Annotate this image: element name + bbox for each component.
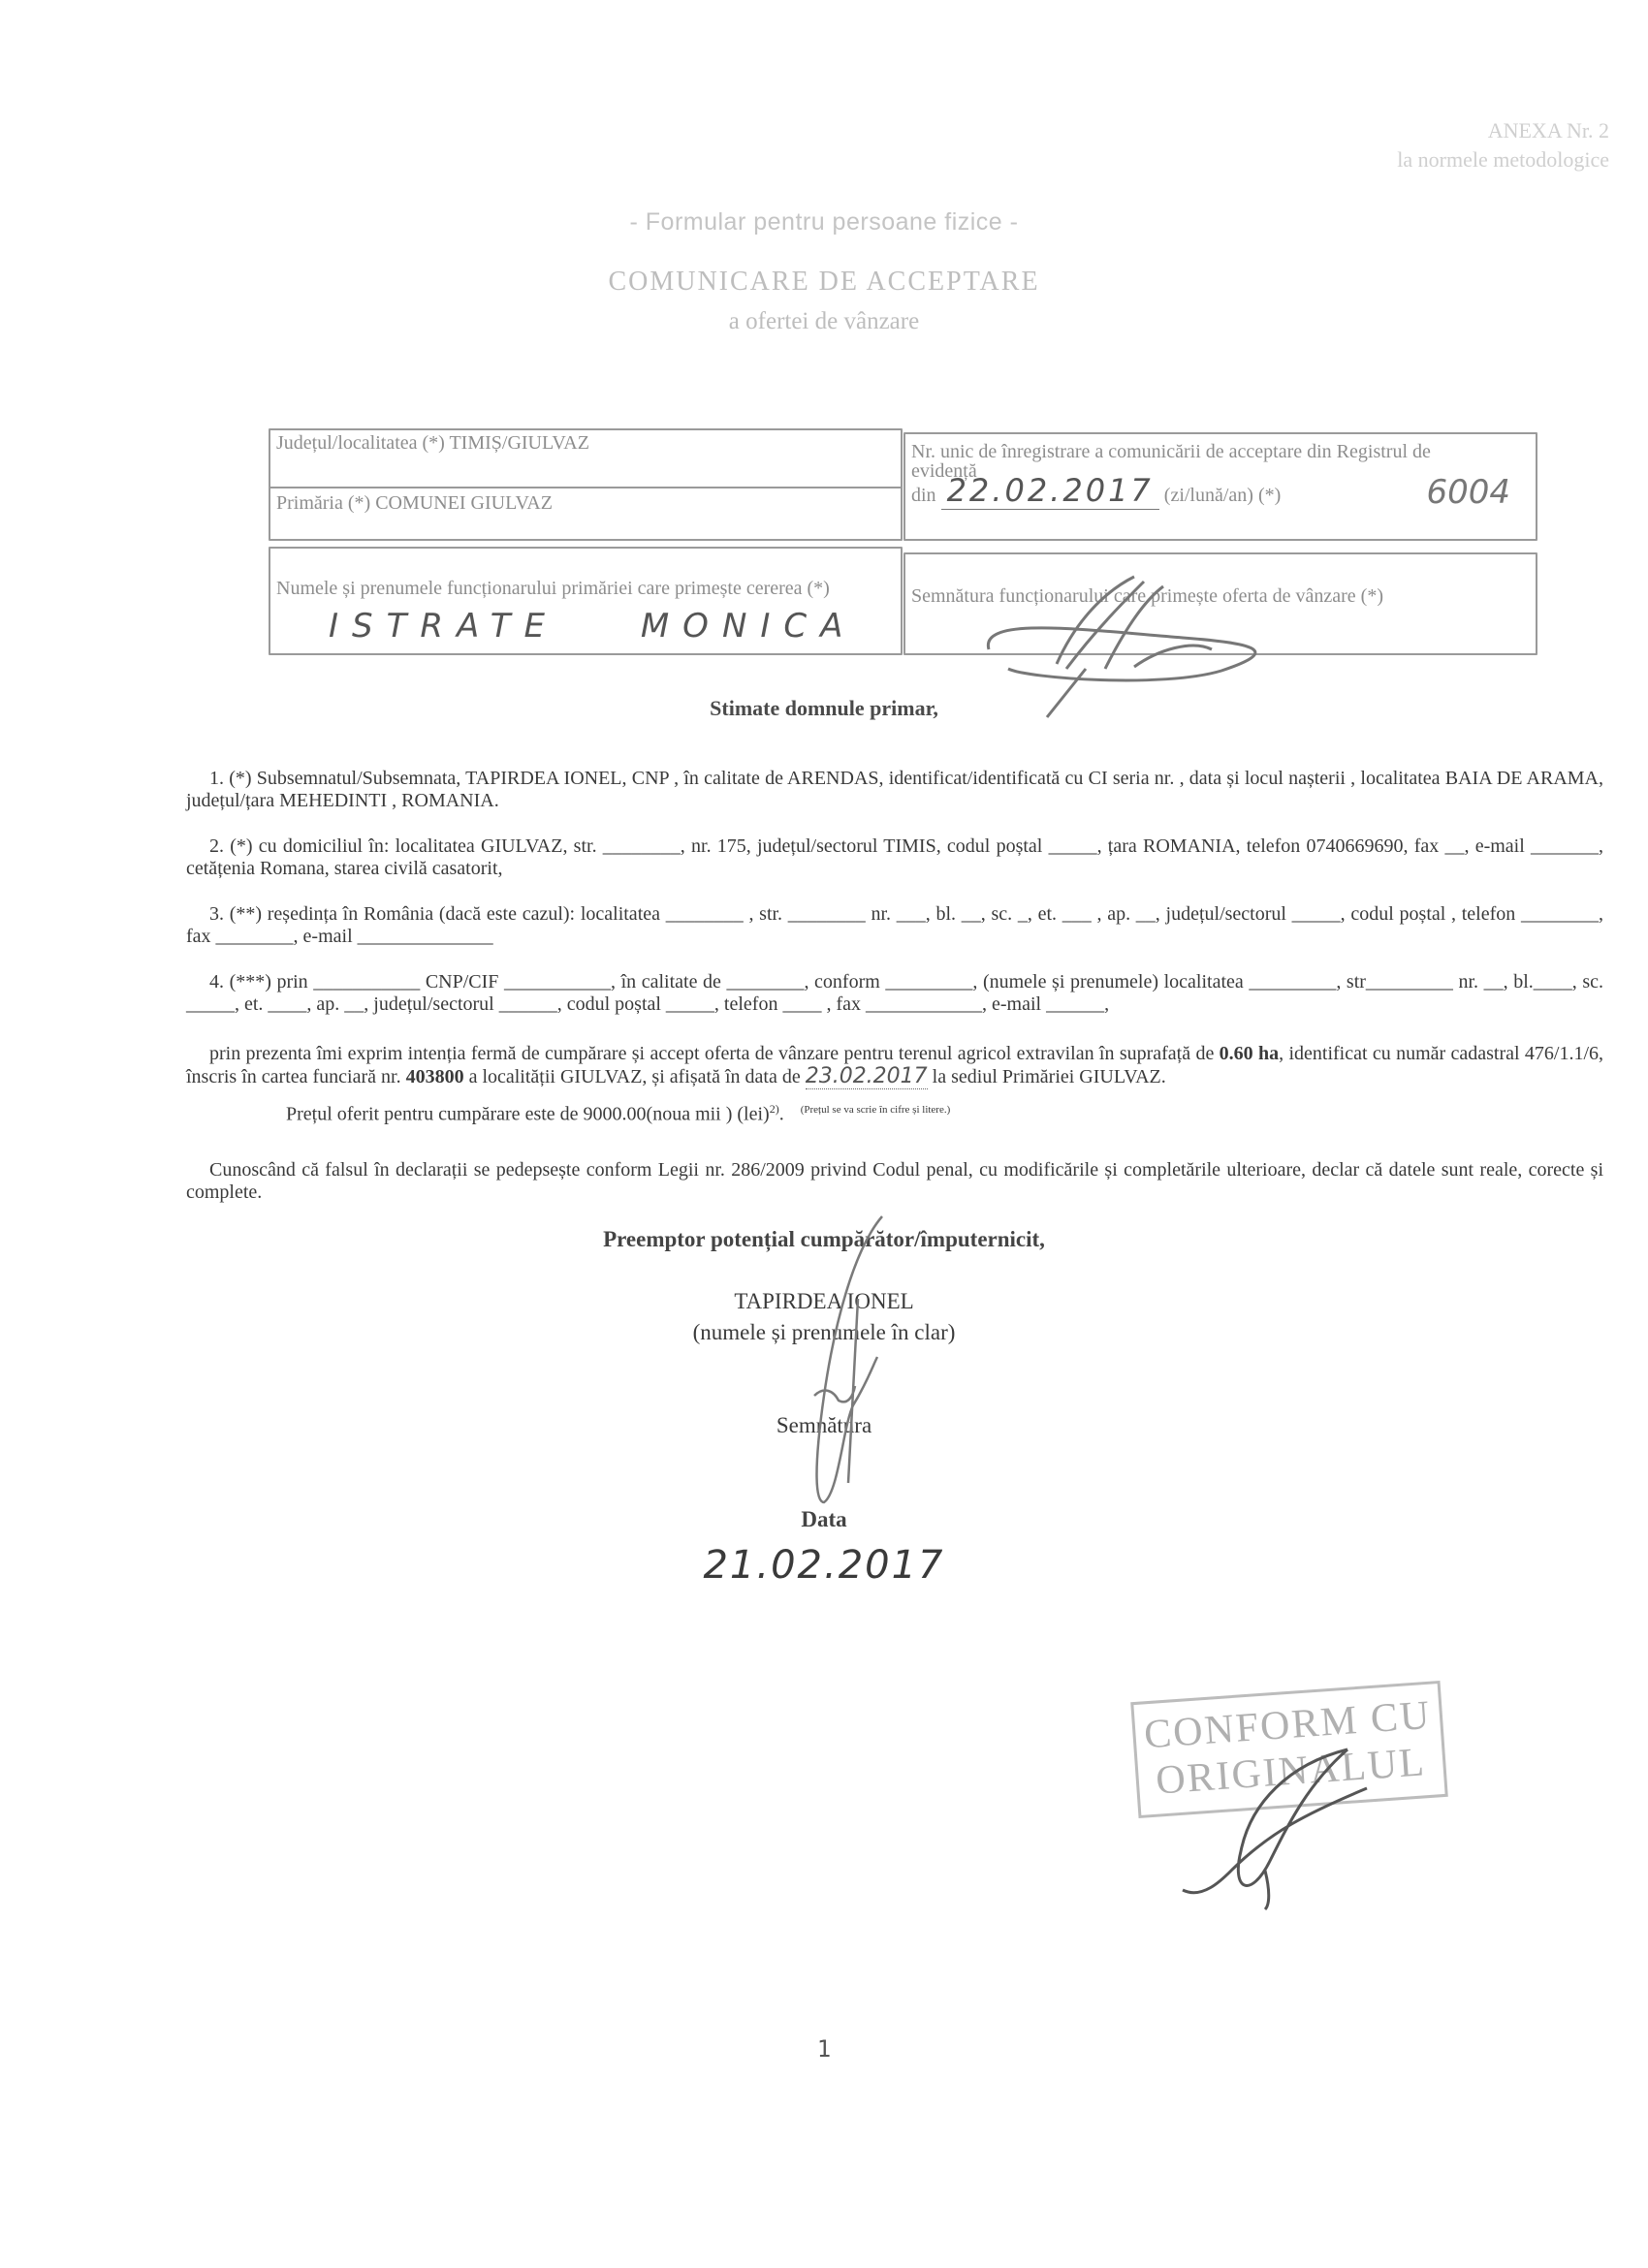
official-name-label: Numele și prenumele funcționarului primă… — [270, 549, 901, 600]
date-label: Data — [0, 1507, 1648, 1532]
paragraph-1-applicant: 1. (*) Subsemnatul/Subsemnata, TAPIRDEA … — [186, 768, 1603, 812]
annex-reference: la normele metodologice — [1397, 145, 1609, 174]
form-subtitle: - Formular pentru persoane fizice - — [0, 208, 1648, 236]
certifier-signature — [1173, 1745, 1406, 1909]
acceptance-text-start: prin prezenta îmi exprim intenția fermă … — [209, 1043, 1214, 1064]
buyer-signature — [795, 1212, 911, 1502]
declaration: Cunoscând că falsul în declarații se ped… — [186, 1159, 1603, 1204]
price-line: Prețul oferit pentru cumpărare este de 9… — [286, 1102, 950, 1126]
acceptance-text-end: la sediul Primăriei GIULVAZ. — [933, 1066, 1166, 1087]
judet-cell: Județul/localitatea (*) TIMIȘ/GIULVAZ — [269, 428, 903, 488]
acceptance-text-after: a localității GIULVAZ, și afișată în dat… — [469, 1066, 801, 1087]
primaria-label: Primăria (*) COMUNEI GIULVAZ — [270, 488, 901, 519]
signing-date-handwritten: 21.02.2017 — [0, 1543, 1648, 1588]
price-footnote: 2) — [770, 1102, 779, 1116]
greeting: Stimate domnule primar, — [0, 696, 1648, 721]
judet-label: Județul/localitatea (*) TIMIȘ/GIULVAZ — [270, 430, 901, 457]
posting-date-handwritten: 23.02.2017 — [806, 1064, 928, 1089]
land-book-number: 403800 — [406, 1066, 464, 1087]
registry-date-handwritten: 22.02.2017 — [941, 472, 1159, 510]
primaria-cell: Primăria (*) COMUNEI GIULVAZ — [269, 487, 903, 541]
page-number: 1 — [0, 2035, 1648, 2063]
registry-date-suffix: (zi/lună/an) (*) — [1164, 485, 1282, 506]
registry-label-line1: Nr. unic de înregistrare a comunicării d… — [911, 441, 1431, 462]
price-text: Prețul oferit pentru cumpărare este de 9… — [286, 1104, 770, 1125]
paragraph-3-residence: 3. (**) reședința în România (dacă este … — [186, 903, 1603, 948]
annex-number: ANEXA Nr. 2 — [1397, 116, 1609, 145]
document-title: COMUNICARE DE ACCEPTARE — [0, 267, 1648, 298]
registry-number-handwritten: 6004 — [1426, 473, 1510, 512]
paragraph-2-domicile: 2. (*) cu domiciliul în: localitatea GIU… — [186, 835, 1603, 880]
land-area: 0.60 ha — [1220, 1043, 1279, 1064]
official-name-handwritten: ISTRATE MONICA — [329, 607, 856, 646]
paragraph-4-representative: 4. (***) prin ___________ CNP/CIF ______… — [186, 971, 1603, 1016]
registry-cell: Nr. unic de înregistrare a comunicării d… — [903, 432, 1537, 541]
paragraph-5-acceptance: prin prezenta îmi exprim intenția fermă … — [186, 1043, 1603, 1088]
official-name-cell: Numele și prenumele funcționarului primă… — [269, 547, 903, 655]
price-note: (Prețul se va scrie în cifre și litere.) — [801, 1104, 951, 1116]
annex-header: ANEXA Nr. 2 la normele metodologice — [1397, 116, 1609, 174]
registry-date-prefix: din — [911, 485, 936, 506]
document-title-line2: a ofertei de vânzare — [0, 308, 1648, 335]
